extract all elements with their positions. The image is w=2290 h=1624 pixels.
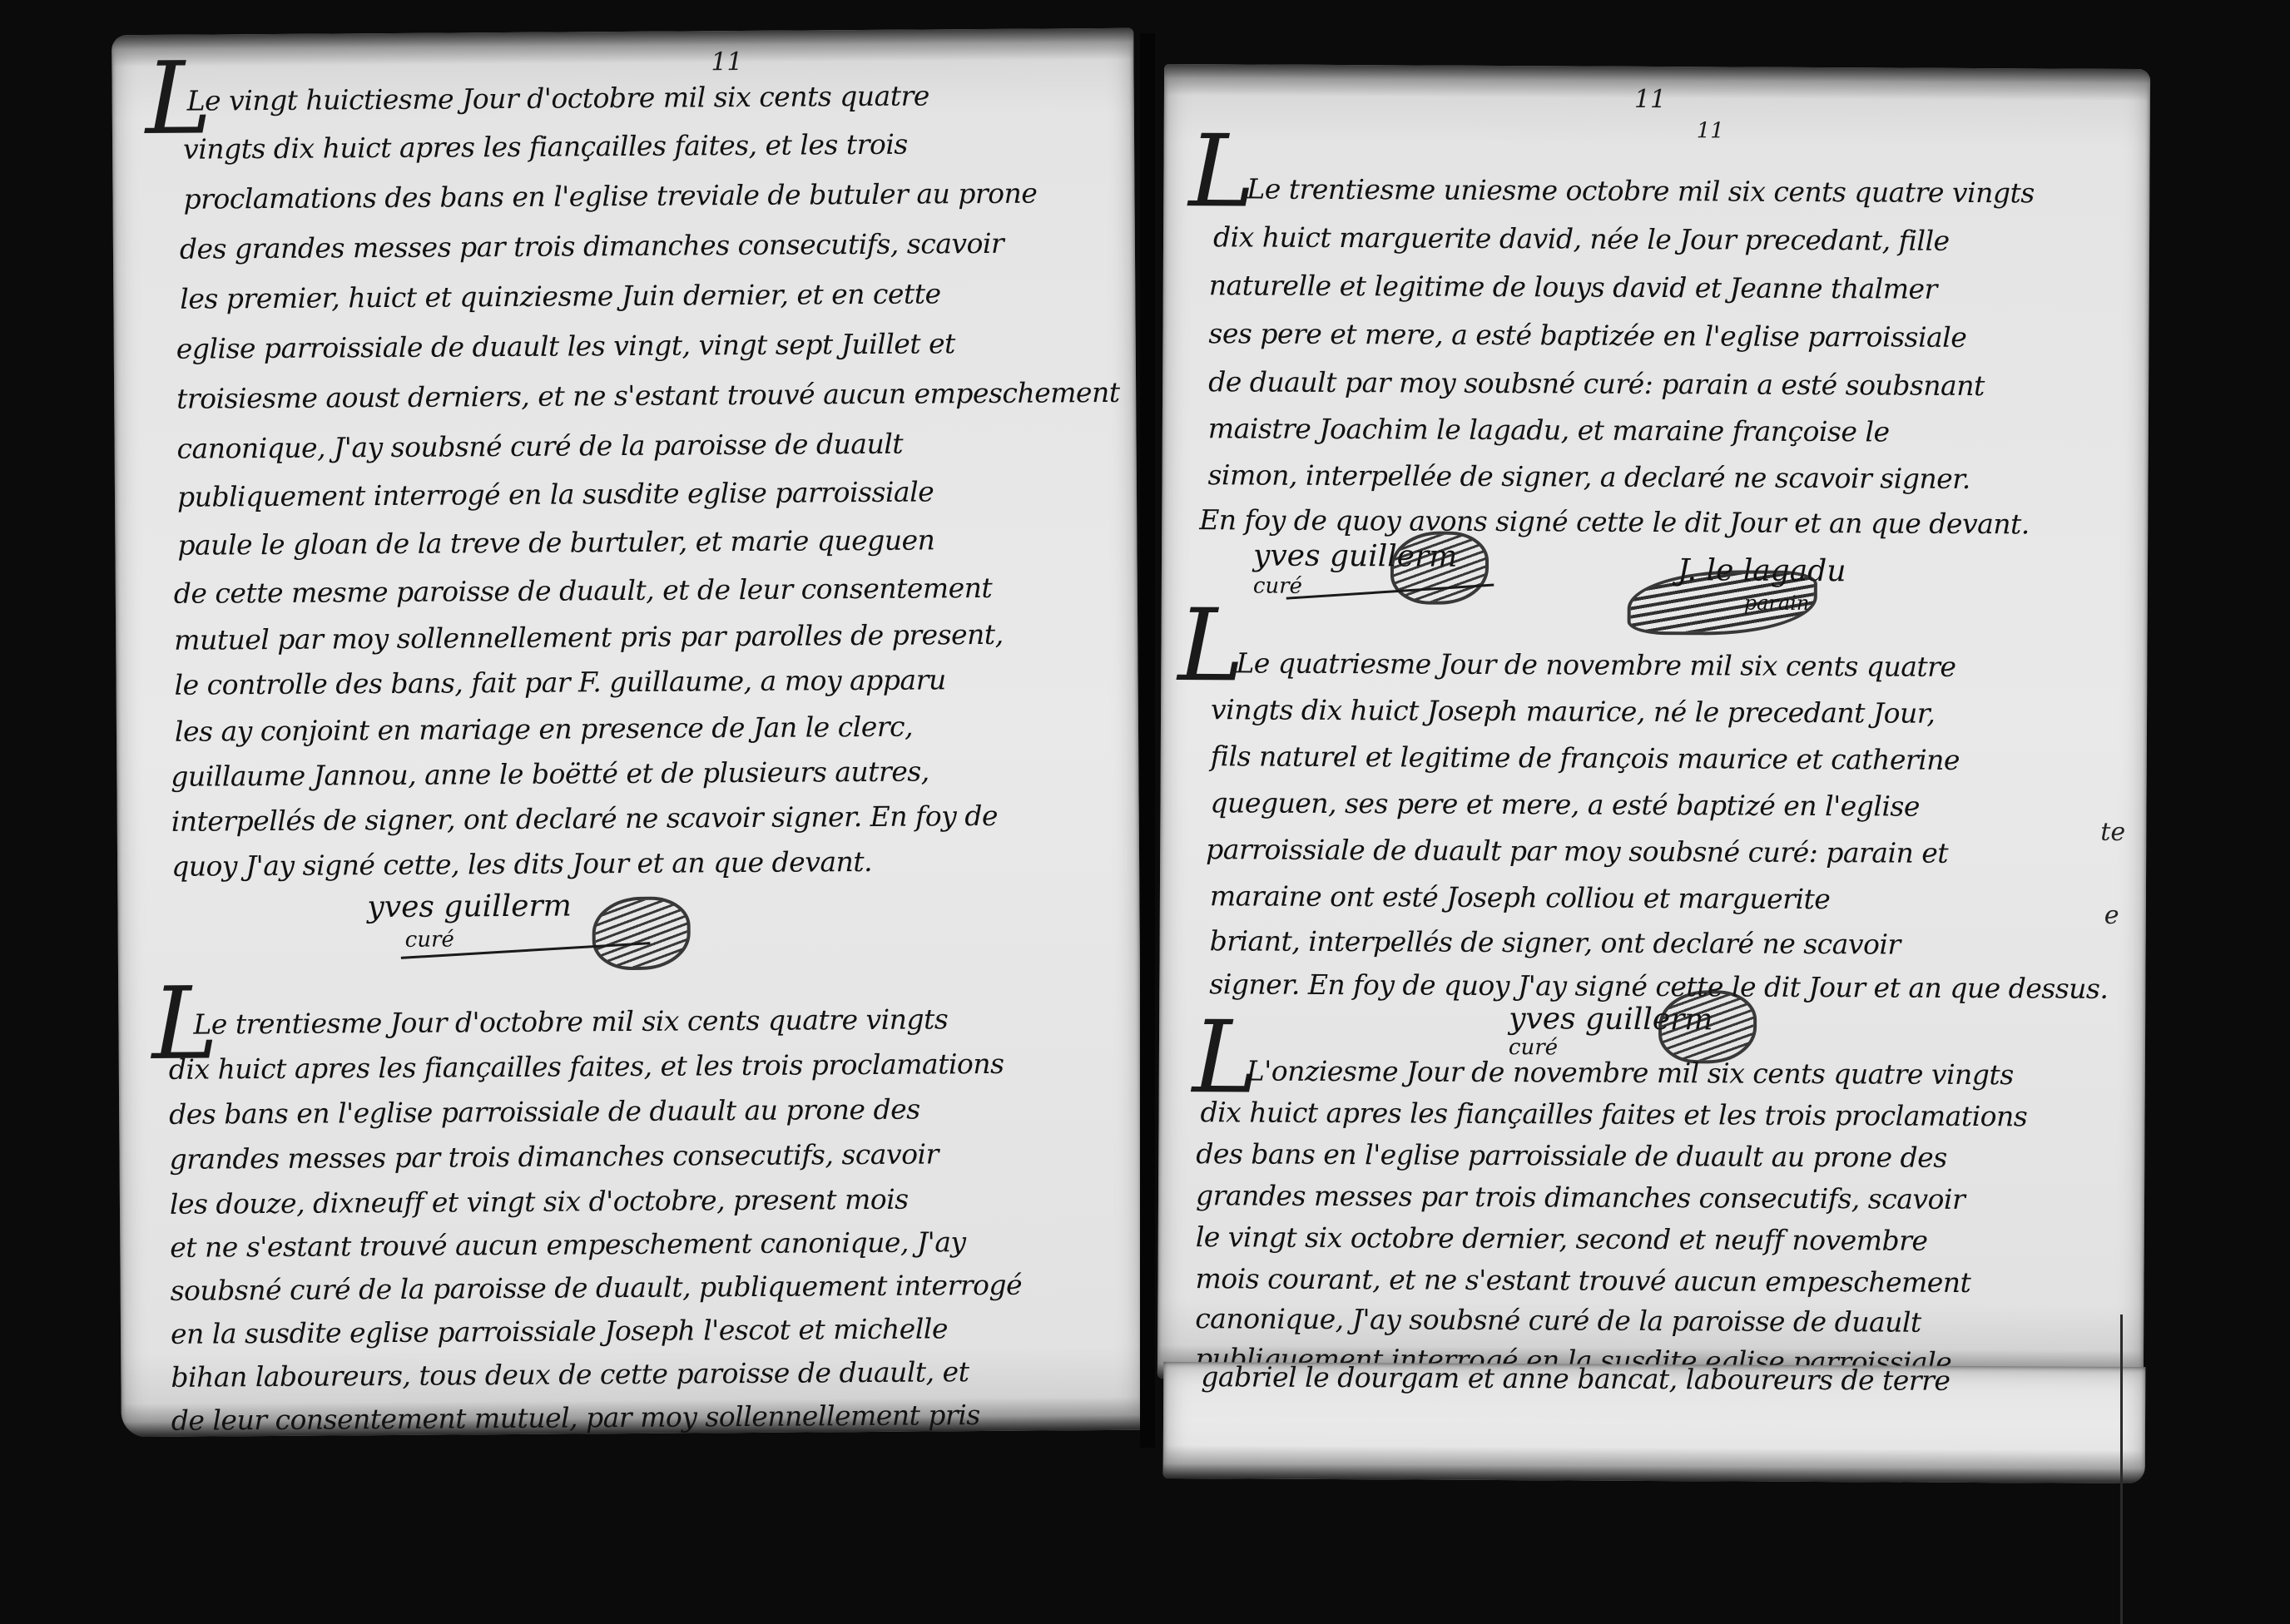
entry-line: bihan laboureurs, tous deux de cette par… bbox=[171, 1355, 969, 1394]
entry-line: et ne s'estant trouvé aucun empeschement… bbox=[170, 1225, 966, 1264]
entry-line: soubsné curé de la paroisse de duault, p… bbox=[171, 1269, 1023, 1307]
margin-note: te bbox=[2100, 818, 2125, 847]
entry-line: dix huict marguerite david, née le Jour … bbox=[1213, 220, 1950, 257]
entry-line: signer. En foy de quoy J'ay signé cette … bbox=[1209, 968, 2108, 1005]
entry-line: maraine ont esté Joseph colliou et margu… bbox=[1210, 879, 1831, 915]
signature-title: curé bbox=[405, 927, 454, 952]
entry-line: des bans en l'eglise parroissiale de dua… bbox=[169, 1093, 920, 1131]
entry-initial: L bbox=[1188, 122, 1255, 222]
entry-line: grandes messes par trois dimanches conse… bbox=[1196, 1179, 1965, 1216]
entry-line: des grandes messes par trois dimanches c… bbox=[180, 227, 1004, 265]
entry-line: les premier, huict et quinziesme Juin de… bbox=[180, 277, 940, 314]
right-page: 11 11 L Le trentiesme uniesme octobre mi… bbox=[1157, 64, 2150, 1384]
folio-number: 11 bbox=[711, 47, 742, 77]
entry-line: le controlle des bans, fait par F. guill… bbox=[174, 663, 945, 701]
entry-line: briant, interpellés de signer, ont decla… bbox=[1210, 924, 1901, 960]
entry-line: simon, interpellée de signer, a declaré … bbox=[1207, 458, 1970, 495]
entry-line: les ay conjoint en mariage en presence d… bbox=[175, 710, 913, 748]
entry-line: dix huict apres les fiançailles faites e… bbox=[1200, 1096, 2027, 1132]
entry-line: Le vingt huictiesme Jour d'octobre mil s… bbox=[187, 79, 929, 116]
entry-line: eglise parroissiale de duault les vingt,… bbox=[176, 327, 955, 365]
entry-line: dix huict apres les fiançailles faites, … bbox=[169, 1047, 1004, 1086]
entry-line: vingts dix huict Joseph maurice, né le p… bbox=[1211, 693, 1936, 730]
entry-line: vingts dix huict apres les fiançailles f… bbox=[183, 128, 908, 166]
entry-line: mois courant, et ne s'estant trouvé aucu… bbox=[1195, 1262, 1970, 1299]
left-page: 11 L Le vingt huictiesme Jour d'octobre … bbox=[112, 28, 1143, 1438]
entry-line: le vingt six octobre dernier, second et … bbox=[1196, 1220, 1928, 1257]
torn-edge-top bbox=[112, 28, 1133, 67]
margin-note: e bbox=[2104, 901, 2119, 930]
entry-line: ses pere et mere, a esté baptizée en l'e… bbox=[1208, 317, 1966, 354]
folio-number-secondary: 11 bbox=[1697, 118, 1724, 143]
entry-line: maistre Joachim le lagadu, et maraine fr… bbox=[1208, 412, 1890, 448]
entry-line: publiquement interrogé en la susdite egl… bbox=[177, 475, 934, 512]
signature-paraph bbox=[592, 896, 691, 970]
entry-line: proclamations des bans en l'eglise trevi… bbox=[183, 177, 1037, 215]
entry-line: queguen, ses pere et mere, a esté baptiz… bbox=[1210, 786, 1920, 822]
entry-line: de cette mesme paroisse de duault, et de… bbox=[174, 572, 993, 610]
signature-paraph bbox=[1390, 531, 1489, 605]
entry-line: Le trentiesme uniesme octobre mil six ce… bbox=[1247, 172, 2035, 209]
entry-line: paule le gloan de la treve de burtuler, … bbox=[177, 523, 934, 561]
entry-initial: L bbox=[1177, 597, 1244, 696]
entry-line: les douze, dixneuff et vingt six d'octob… bbox=[170, 1183, 909, 1220]
entry-line: L'onziesme Jour de novembre mil six cent… bbox=[1247, 1054, 2014, 1091]
folio-number: 11 bbox=[1634, 85, 1666, 114]
entry-line: canonique, J'ay soubsné curé de la paroi… bbox=[1195, 1302, 1921, 1339]
entry-line: interpellés de signer, ont declaré ne sc… bbox=[171, 800, 998, 838]
signature-paraph bbox=[1658, 990, 1757, 1064]
entry-line: grandes messes par trois dimanches conse… bbox=[169, 1137, 939, 1175]
entry-line: Le trentiesme Jour d'octobre mil six cen… bbox=[193, 1003, 948, 1040]
entry-line: naturelle et legitime de louys david et … bbox=[1209, 269, 1937, 305]
entry-line: des bans en l'eglise parroissiale de dua… bbox=[1196, 1137, 1947, 1174]
scan-edge-line bbox=[2120, 1315, 2123, 1624]
entry-line: Le quatriesme Jour de novembre mil six c… bbox=[1236, 646, 1955, 683]
entry-line: troisiesme aoust derniers, et ne s'estan… bbox=[176, 376, 1120, 415]
entry-line: gabriel le dourgam et anne bancat, labou… bbox=[1201, 1362, 1950, 1397]
curate-signature: yves guillerm bbox=[367, 889, 572, 924]
entry-line: En foy de quoy avons signé cette le dit … bbox=[1199, 503, 2030, 540]
entry-line: en la susdite eglise parroissiale Joseph… bbox=[171, 1312, 948, 1350]
signature-title: curé bbox=[1253, 573, 1302, 598]
torn-edge-bottom bbox=[1163, 1445, 2145, 1483]
entry-line: quoy J'ay signé cette, les dits Jour et … bbox=[171, 845, 872, 883]
document-viewer: 11 L Le vingt huictiesme Jour d'octobre … bbox=[0, 0, 2290, 1624]
entry-line: de duault par moy soubsné curé: parain a… bbox=[1208, 365, 1985, 402]
entry-line: mutuel par moy sollennellement pris par … bbox=[174, 618, 1004, 656]
godfather-paraph bbox=[1628, 570, 1817, 636]
entry-line: guillaume Jannou, anne le boëtté et de p… bbox=[171, 755, 929, 792]
entry-line: parroissiale de duault par moy soubsné c… bbox=[1206, 833, 1948, 869]
entry-line: de leur consentement mutuel, par moy sol… bbox=[171, 1399, 980, 1437]
entry-line: canonique, J'ay soubsné curé de la paroi… bbox=[176, 428, 903, 465]
entry-line: fils naturel et legitime de françois mau… bbox=[1211, 740, 1960, 776]
right-page-lower: gabriel le dourgam et anne bancat, labou… bbox=[1163, 1362, 2146, 1483]
page-gutter bbox=[1140, 33, 1155, 1448]
